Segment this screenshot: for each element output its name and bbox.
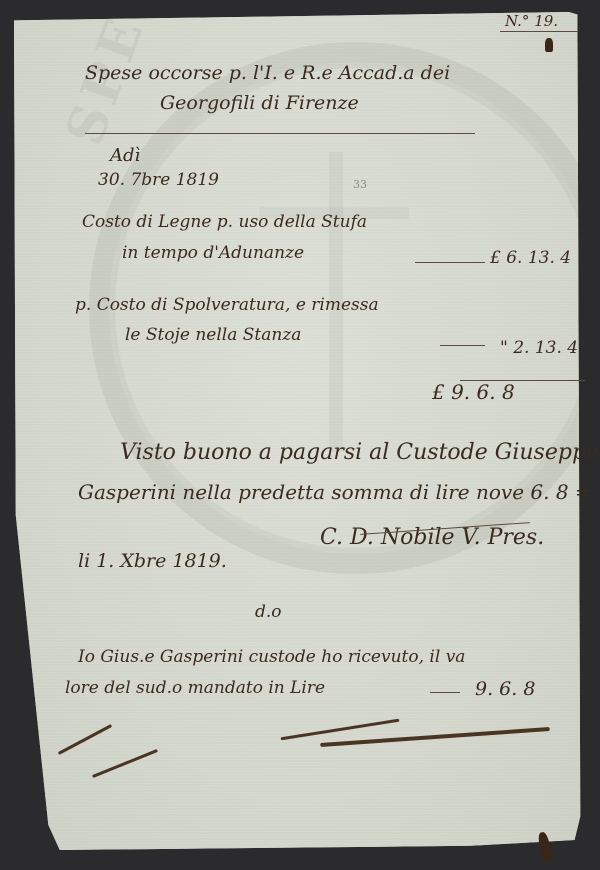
header-divider	[85, 133, 475, 134]
number-underline	[500, 31, 578, 32]
approval-date: li 1. Xbre 1819.	[78, 550, 227, 572]
item-1-leader	[415, 262, 485, 263]
receipt-marker: d.o	[255, 602, 282, 622]
date-prefix: Adì	[110, 145, 140, 166]
item-2-desc-line-2: le Stoje nella Stanza	[125, 325, 301, 345]
stamp-number: 33	[353, 178, 367, 191]
entry-date: 30. 7bre 1819	[98, 170, 219, 190]
item-2-desc-line-1: p. Costo di Spolveratura, e rimessa	[75, 295, 379, 315]
receipt-line-1: Io Gius.e Gasperini custode ho ricevuto,…	[78, 647, 465, 667]
item-2-amount: " 2. 13. 4	[500, 338, 578, 358]
item-1-amount: £ 6. 13. 4	[490, 248, 571, 268]
item-2-leader	[440, 345, 485, 346]
total-amount: £ 9. 6. 8	[432, 380, 515, 404]
receipt-line-2: lore del sud.o mandato in Lire	[65, 678, 325, 698]
receipt-leader	[430, 692, 460, 693]
document-page: SPERIAM	[14, 12, 586, 850]
receipt-amount: 9. 6. 8	[475, 678, 535, 700]
document-number: N.° 19.	[505, 12, 558, 30]
approval-line-2: Gasperini nella predetta somma di lire n…	[78, 480, 592, 504]
header-line-1: Spese occorse p. l'I. e R.e Accad.a dei	[85, 62, 450, 84]
item-1-desc-line-1: Costo di Legne p. uso della Stufa	[82, 212, 367, 232]
item-1-desc-line-2: in tempo d'Adunanze	[122, 243, 304, 263]
header-line-2: Georgofili di Firenze	[160, 92, 359, 114]
ink-blot	[545, 38, 553, 52]
approval-line-1: Visto buono a pagarsi al Custode Giusepp…	[120, 440, 599, 465]
